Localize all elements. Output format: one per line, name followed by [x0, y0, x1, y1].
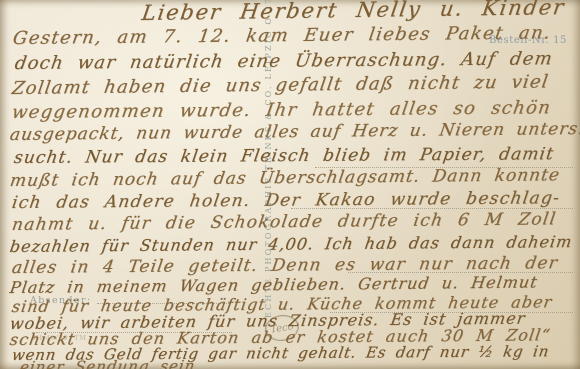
handwriting-line: ausgepackt, nun wurde alles auf Herz u. …: [9, 119, 580, 145]
handwriting-line: bezahlen für Stunden nur 4,00. Ich hab d…: [9, 232, 574, 256]
handwriting-line: nahmt u. für die Schokolade durfte ich 6…: [11, 209, 558, 235]
handwriting-line: mußt ich noch auf das Überschlagsamt. Da…: [9, 165, 562, 191]
handwriting-line: Lieber Herbert Nelly u. Kinder !: [140, 0, 580, 25]
handwriting-line: einer Sendung sein.: [19, 357, 203, 369]
handwriting-line: weggenommen wurde. Ihr hattet alles so s…: [10, 97, 552, 123]
postcard-scan: Bestell-Nr. 15 ECHTE PHOTOGRAPHIE TRINKS…: [0, 0, 580, 369]
handwriting-line: Zollamt haben die uns gefallt daß nicht …: [10, 71, 550, 99]
handwriting-line: Gestern, am 7. 12. kam Euer liebes Paket…: [11, 22, 552, 49]
handwriting-line: doch war natürlich eine Überraschung. Au…: [13, 48, 554, 74]
handwriting-line: sucht. Nur das klein Fleisch blieb im Pa…: [12, 144, 555, 168]
